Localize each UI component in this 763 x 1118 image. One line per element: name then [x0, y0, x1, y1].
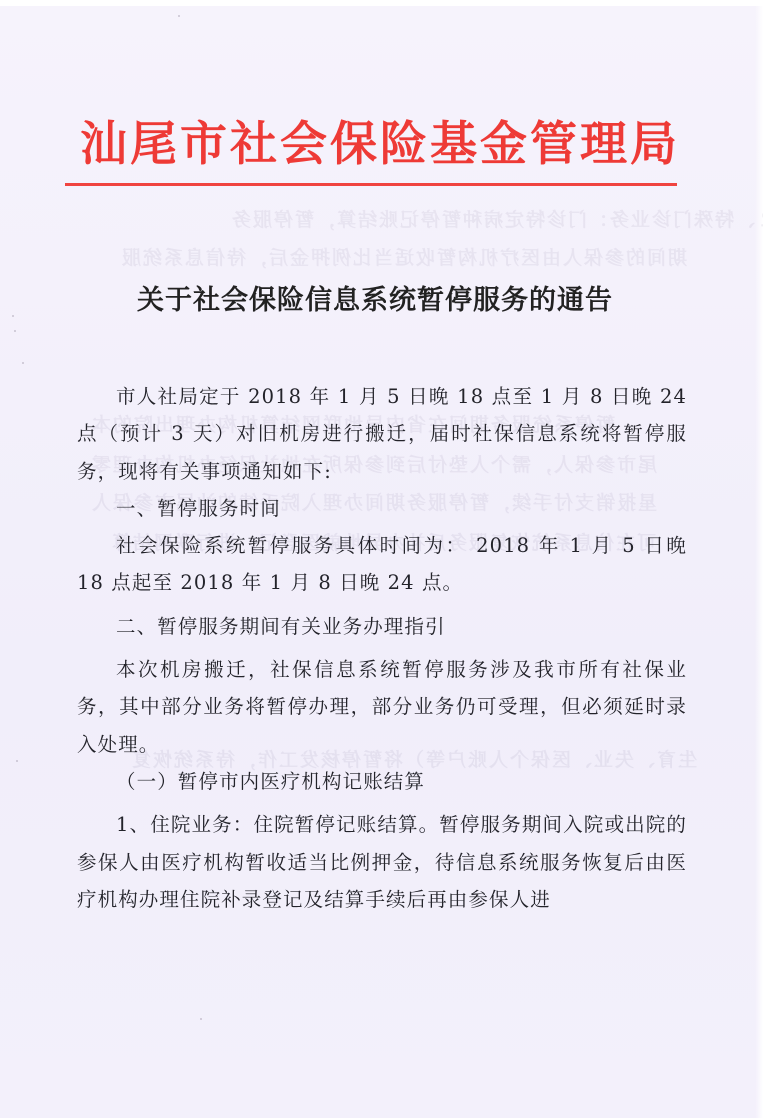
business-scope-paragraph: 本次机房搬迁，社保信息系统暂停服务涉及我市所有社保业务，其中部分业务将暂停办理，… — [77, 651, 687, 763]
inpatient-business-paragraph: 1、住院业务：住院暂停记账结算。暂停服务期间入院或出院的参保人由医疗机构暂收适当… — [77, 806, 687, 918]
notice-title: 关于社会保险信息系统暂停服务的通告 — [95, 278, 655, 317]
bleed-through-text: ２、特殊门诊业务：门诊特定病种暂停记账结算，暂停服务 — [230, 205, 763, 232]
bleed-through-text: 期间的参保人由医疗机构暂收适当比例押金后，待信息系统服 — [120, 243, 687, 270]
service-time-paragraph: 社会保险系统暂停服务具体时间为： 2018 年 1 月 5 日晚 18 点起至 … — [77, 527, 687, 602]
section-heading-business-guide: 二、暂停服务期间有关业务办理指引 — [77, 608, 687, 645]
document-page: ２、特殊门诊业务：门诊特定病种暂停记账结算，暂停服务 期间的参保人由医疗机构暂收… — [0, 0, 763, 1118]
notice-body: 市人社局定于 2018 年 1 月 5 日晚 18 点至 1 月 8 日晚 24… — [77, 378, 687, 918]
issuer-masthead: 汕尾市社会保险基金管理局 — [80, 115, 680, 175]
scan-top-edge — [0, 0, 763, 6]
scan-right-edge — [755, 0, 763, 1118]
subsection-heading-medical-settlement: （一）暂停市内医疗机构记账结算 — [77, 763, 687, 800]
red-divider-rule — [65, 183, 677, 186]
intro-paragraph: 市人社局定于 2018 年 1 月 5 日晚 18 点至 1 月 8 日晚 24… — [77, 378, 687, 490]
section-heading-service-time: 一、暂停服务时间 — [77, 490, 687, 527]
